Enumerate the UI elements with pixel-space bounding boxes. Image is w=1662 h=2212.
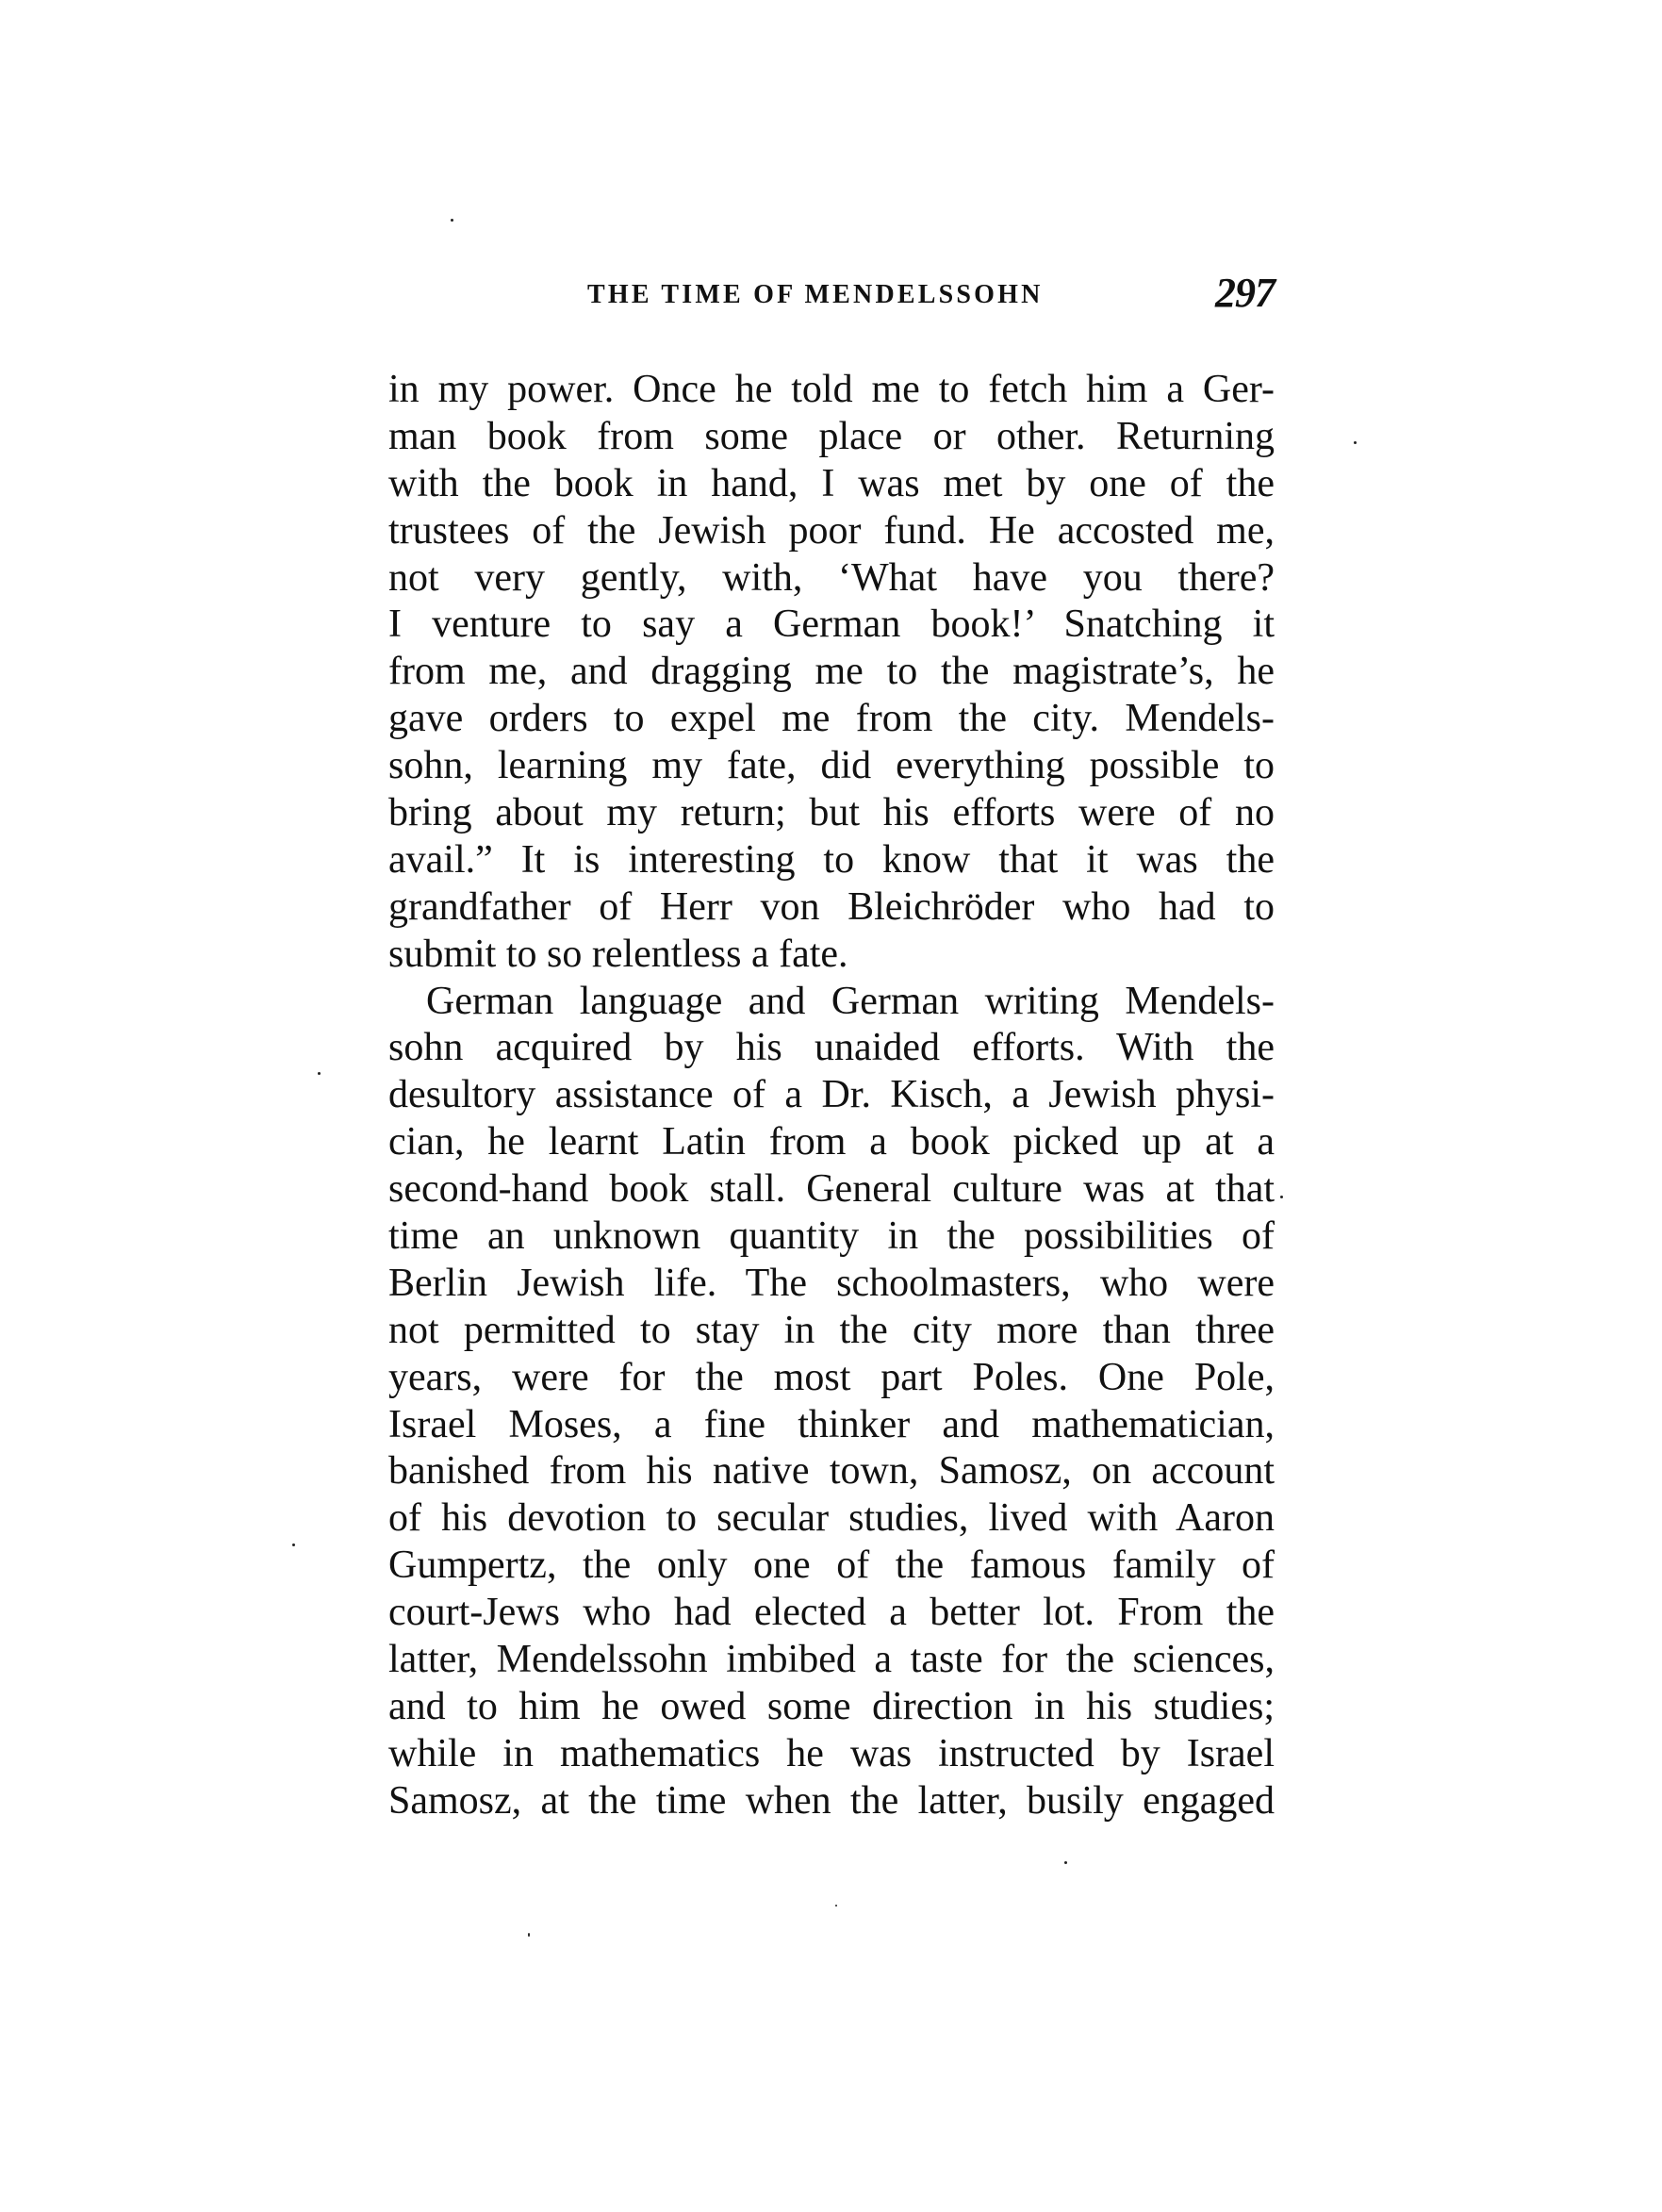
text-line: gave orders to expel me from the city. M… [388, 696, 1275, 743]
scan-speck [1280, 1196, 1283, 1198]
scan-speck [318, 1072, 321, 1075]
text-line: in my power. Once he told me to fetch hi… [388, 367, 1275, 414]
scan-speck [835, 1905, 837, 1907]
scan-speck [1354, 441, 1357, 444]
text-line: Berlin Jewish life. The schoolmasters, w… [388, 1261, 1275, 1308]
text-line: second-hand book stall. General culture … [388, 1166, 1275, 1213]
book-page: THE TIME OF MENDELSSOHN 297 in my power.… [0, 0, 1662, 2212]
text-line: desultory assistance of a Dr. Kisch, a J… [388, 1072, 1275, 1119]
text-line: German language and German writing Mende… [388, 979, 1275, 1026]
scan-speck [528, 1933, 530, 1937]
body-text: in my power. Once he told me to fetch hi… [388, 367, 1275, 1825]
text-line: submit to so relentless a fate. [388, 932, 1275, 979]
text-line: latter, Mendelssohn imbibed a taste for … [388, 1637, 1275, 1684]
text-line: sohn acquired by his unaided efforts. Wi… [388, 1025, 1275, 1072]
text-line: trustees of the Jewish poor fund. He acc… [388, 508, 1275, 555]
text-line: and to him he owed some direction in his… [388, 1684, 1275, 1731]
running-header: THE TIME OF MENDELSSOHN 297 [388, 276, 1275, 314]
page-number: 297 [1215, 272, 1275, 314]
text-line: Samosz, at the time when the latter, bus… [388, 1778, 1275, 1825]
text-line: with the book in hand, I was met by one … [388, 461, 1275, 508]
text-line: while in mathematics he was instructed b… [388, 1731, 1275, 1778]
text-line: court-Jews who had elected a better lot.… [388, 1590, 1275, 1637]
paragraph-2: German language and German writing Mende… [388, 979, 1275, 1825]
text-line: from me, and dragging me to the magistra… [388, 649, 1275, 696]
text-line: of his devotion to secular studies, live… [388, 1495, 1275, 1543]
text-line: not very gently, with, ‘What have you th… [388, 555, 1275, 603]
text-line: time an unknown quantity in the possibil… [388, 1213, 1275, 1261]
running-title: THE TIME OF MENDELSSOHN [587, 276, 1044, 314]
text-line: not permitted to stay in the city more t… [388, 1308, 1275, 1355]
scan-speck [292, 1543, 295, 1546]
scan-speck [451, 219, 453, 222]
text-line: I venture to say a German book!’ Snatchi… [388, 602, 1275, 649]
paragraph-1: in my power. Once he told me to fetch hi… [388, 367, 1275, 979]
text-line: Gumpertz, the only one of the famous fam… [388, 1543, 1275, 1590]
text-line: bring about my return; but his efforts w… [388, 790, 1275, 837]
scan-speck [1064, 1861, 1067, 1864]
text-line: man book from some place or other. Retur… [388, 414, 1275, 461]
text-line: years, were for the most part Poles. One… [388, 1355, 1275, 1402]
text-line: banished from his native town, Samosz, o… [388, 1448, 1275, 1495]
text-line: sohn, learning my fate, did everything p… [388, 743, 1275, 790]
text-line: Israel Moses, a fine thinker and mathema… [388, 1402, 1275, 1449]
text-line: grandfather of Herr von Bleichröder who … [388, 884, 1275, 932]
text-line: cian, he learnt Latin from a book picked… [388, 1119, 1275, 1166]
text-line: avail.” It is interesting to know that i… [388, 837, 1275, 884]
